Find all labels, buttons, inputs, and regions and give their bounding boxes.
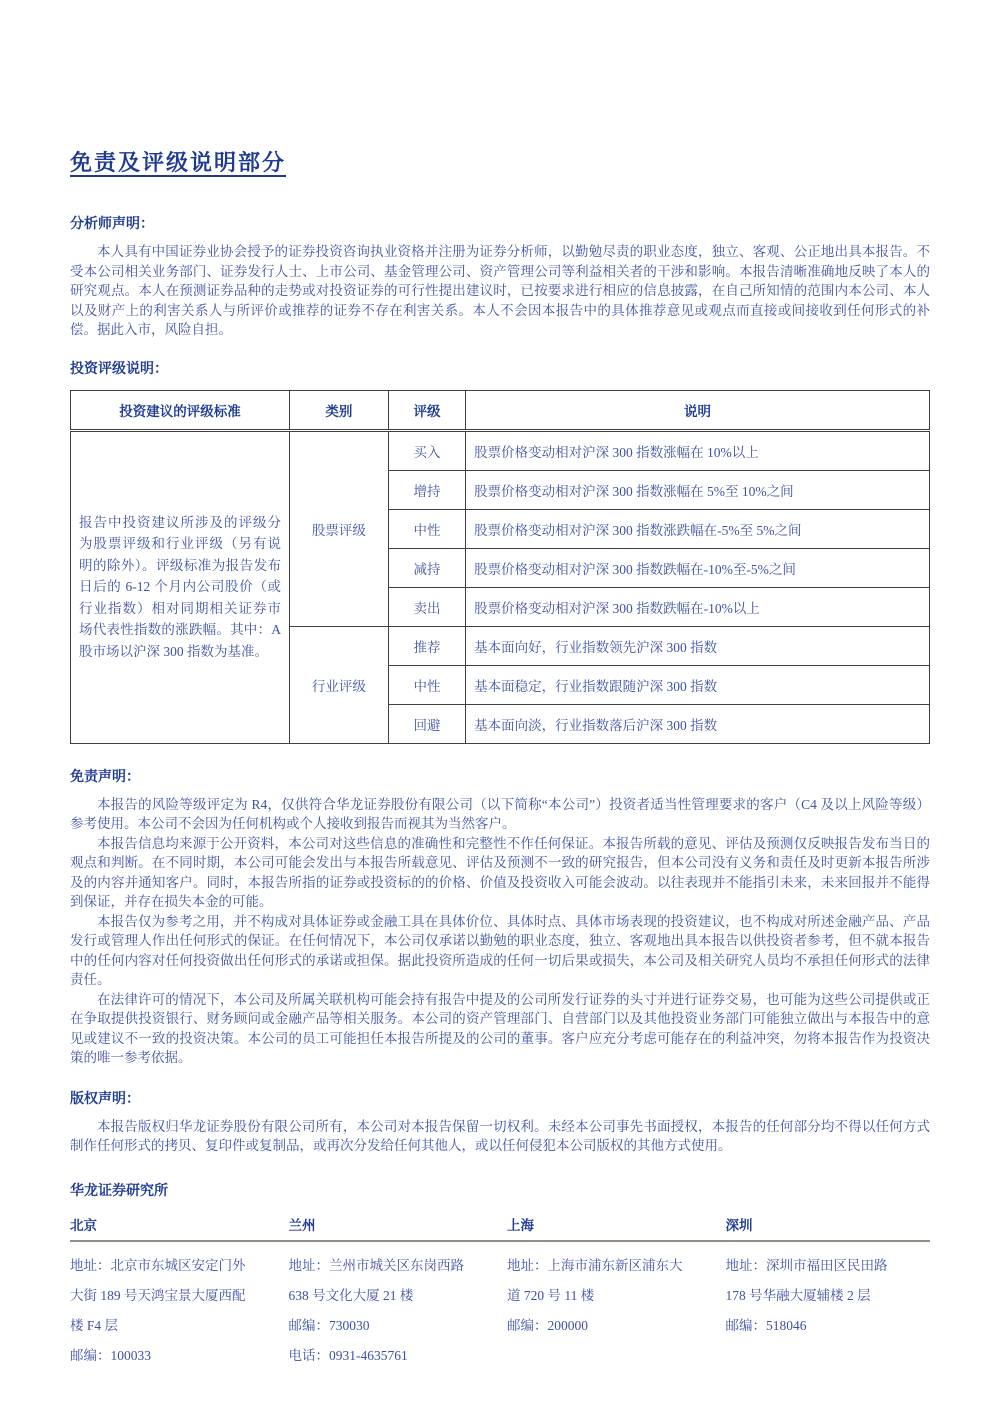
rating-cell-recommend: 推荐 xyxy=(388,626,465,665)
copyright-section: 版权声明： 本报告版权归华龙证券股份有限公司所有，本公司对本报告保留一切权利。未… xyxy=(70,1088,930,1156)
disclaimer-heading: 免责声明： xyxy=(70,766,930,786)
office-postcode-line: 邮编：200000 xyxy=(507,1311,712,1341)
header-criteria: 投资建议的评级标准 xyxy=(71,390,290,430)
rating-table-head: 投资建议的评级标准 类别 评级 说明 xyxy=(71,390,930,430)
table-row: 报告中投资建议所涉及的评级分为股票评级和行业评级（另有说明的除外）。评级标准为报… xyxy=(71,430,930,470)
office-postcode-line: 邮编：518046 xyxy=(726,1311,931,1341)
analyst-statement-section: 分析师声明： 本人具有中国证券业协会授予的证券投资咨询执业资格并注册为证券分析师… xyxy=(70,213,930,340)
header-rating: 评级 xyxy=(388,390,465,430)
rating-table-header-row: 投资建议的评级标准 类别 评级 说明 xyxy=(71,390,930,430)
office-address-line: 楼 F4 层 xyxy=(70,1311,275,1341)
office-city-beijing: 北京 xyxy=(70,1214,275,1234)
offices-header-row: 北京 兰州 上海 深圳 xyxy=(70,1214,930,1242)
copyright-heading: 版权声明： xyxy=(70,1088,930,1108)
analyst-statement-text: 本人具有中国证券业协会授予的证券投资咨询执业资格并注册为证券分析师，以勤勉尽责的… xyxy=(70,242,930,340)
disclaimer-paragraph-2: 本报告信息均来源于公开资料，本公司对这些信息的准确性和完整性不作任何保证。本报告… xyxy=(70,834,930,912)
office-address-line: 地址：兰州市城关区东岗西路 xyxy=(289,1251,494,1281)
copyright-text: 本报告版权归华龙证券股份有限公司所有，本公司对本报告保留一切权利。未经本公司事先… xyxy=(70,1117,930,1156)
office-city-lanzhou: 兰州 xyxy=(289,1214,494,1234)
category-stock-cell: 股票评级 xyxy=(290,430,389,626)
disclaimer-paragraph-4: 在法律许可的情况下，本公司及所属关联机构可能会持有报告中提及的公司所发行证券的头… xyxy=(70,990,930,1068)
rating-table-body: 报告中投资建议所涉及的评级分为股票评级和行业评级（另有说明的除外）。评级标准为报… xyxy=(71,430,930,743)
desc-cell-buy: 股票价格变动相对沪深 300 指数涨幅在 10%以上 xyxy=(466,430,930,470)
office-shenzhen-details: 地址：深圳市福田区民田路 178 号华融大厦辅楼 2 层 邮编：518046 xyxy=(726,1251,931,1371)
analyst-statement-heading: 分析师声明： xyxy=(70,213,930,233)
office-address-line: 638 号文化大厦 21 楼 xyxy=(289,1281,494,1311)
rating-cell-underweight: 减持 xyxy=(388,548,465,587)
research-institute-heading: 华龙证券研究所 xyxy=(70,1180,930,1200)
desc-cell-neutral-stock: 股票价格变动相对沪深 300 指数涨跌幅在-5%至 5%之间 xyxy=(466,509,930,548)
document-page: 免责及评级说明部分 分析师声明： 本人具有中国证券业协会授予的证券投资咨询执业资… xyxy=(0,0,1000,1414)
office-address-line: 地址：北京市东城区安定门外 xyxy=(70,1251,275,1281)
offices-body-row: 地址：北京市东城区安定门外 大街 189 号天鸿宝景大厦西配 楼 F4 层 邮编… xyxy=(70,1242,930,1371)
office-address-line: 地址：深圳市福田区民田路 xyxy=(726,1251,931,1281)
disclaimer-paragraph-1: 本报告的风险等级评定为 R4，仅供符合华龙证券股份有限公司（以下简称“本公司”）… xyxy=(70,795,930,834)
desc-cell-sell: 股票价格变动相对沪深 300 指数跌幅在-10%以上 xyxy=(466,587,930,626)
office-address-line: 大街 189 号天鸿宝景大厦西配 xyxy=(70,1281,275,1311)
rating-cell-overweight: 增持 xyxy=(388,470,465,509)
category-industry-cell: 行业评级 xyxy=(290,626,389,743)
disclaimer-section: 免责声明： 本报告的风险等级评定为 R4，仅供符合华龙证券股份有限公司（以下简称… xyxy=(70,766,930,1068)
rating-explanation-section: 投资评级说明： 投资建议的评级标准 类别 评级 说明 报告中投资建议所涉及的评级… xyxy=(70,358,930,744)
desc-cell-recommend: 基本面向好，行业指数领先沪深 300 指数 xyxy=(466,626,930,665)
criteria-cell: 报告中投资建议所涉及的评级分为股票评级和行业评级（另有说明的除外）。评级标准为报… xyxy=(71,430,290,743)
rating-table: 投资建议的评级标准 类别 评级 说明 报告中投资建议所涉及的评级分为股票评级和行… xyxy=(70,390,930,744)
office-beijing-details: 地址：北京市东城区安定门外 大街 189 号天鸿宝景大厦西配 楼 F4 层 邮编… xyxy=(70,1251,275,1371)
header-description: 说明 xyxy=(466,390,930,430)
office-postcode-line: 邮编：100033 xyxy=(70,1341,275,1371)
desc-cell-avoid: 基本面向淡，行业指数落后沪深 300 指数 xyxy=(466,704,930,743)
office-address-line: 地址：上海市浦东新区浦东大 xyxy=(507,1251,712,1281)
header-category: 类别 xyxy=(290,390,389,430)
page-title: 免责及评级说明部分 xyxy=(70,146,930,177)
rating-explanation-heading: 投资评级说明： xyxy=(70,358,930,378)
office-shanghai-details: 地址：上海市浦东新区浦东大 道 720 号 11 楼 邮编：200000 xyxy=(507,1251,712,1371)
office-address-line: 道 720 号 11 楼 xyxy=(507,1281,712,1311)
rating-cell-neutral-industry: 中性 xyxy=(388,665,465,704)
office-postcode-line: 邮编：730030 xyxy=(289,1311,494,1341)
rating-cell-buy: 买入 xyxy=(388,430,465,470)
rating-cell-neutral-stock: 中性 xyxy=(388,509,465,548)
desc-cell-underweight: 股票价格变动相对沪深 300 指数跌幅在-10%至-5%之间 xyxy=(466,548,930,587)
desc-cell-overweight: 股票价格变动相对沪深 300 指数涨幅在 5%至 10%之间 xyxy=(466,470,930,509)
office-city-shanghai: 上海 xyxy=(507,1214,712,1234)
office-address-line: 178 号华融大厦辅楼 2 层 xyxy=(726,1281,931,1311)
rating-cell-sell: 卖出 xyxy=(388,587,465,626)
desc-cell-neutral-industry: 基本面稳定，行业指数跟随沪深 300 指数 xyxy=(466,665,930,704)
research-institute-section: 华龙证券研究所 北京 兰州 上海 深圳 地址：北京市东城区安定门外 大街 189… xyxy=(70,1180,930,1371)
rating-cell-avoid: 回避 xyxy=(388,704,465,743)
disclaimer-paragraph-3: 本报告仅为参考之用，并不构成对具体证券或金融工具在具体价位、具体时点、具体市场表… xyxy=(70,912,930,990)
office-phone-line: 电话：0931-4635761 xyxy=(289,1341,494,1371)
office-lanzhou-details: 地址：兰州市城关区东岗西路 638 号文化大厦 21 楼 邮编：730030 电… xyxy=(289,1251,494,1371)
office-city-shenzhen: 深圳 xyxy=(726,1214,931,1234)
